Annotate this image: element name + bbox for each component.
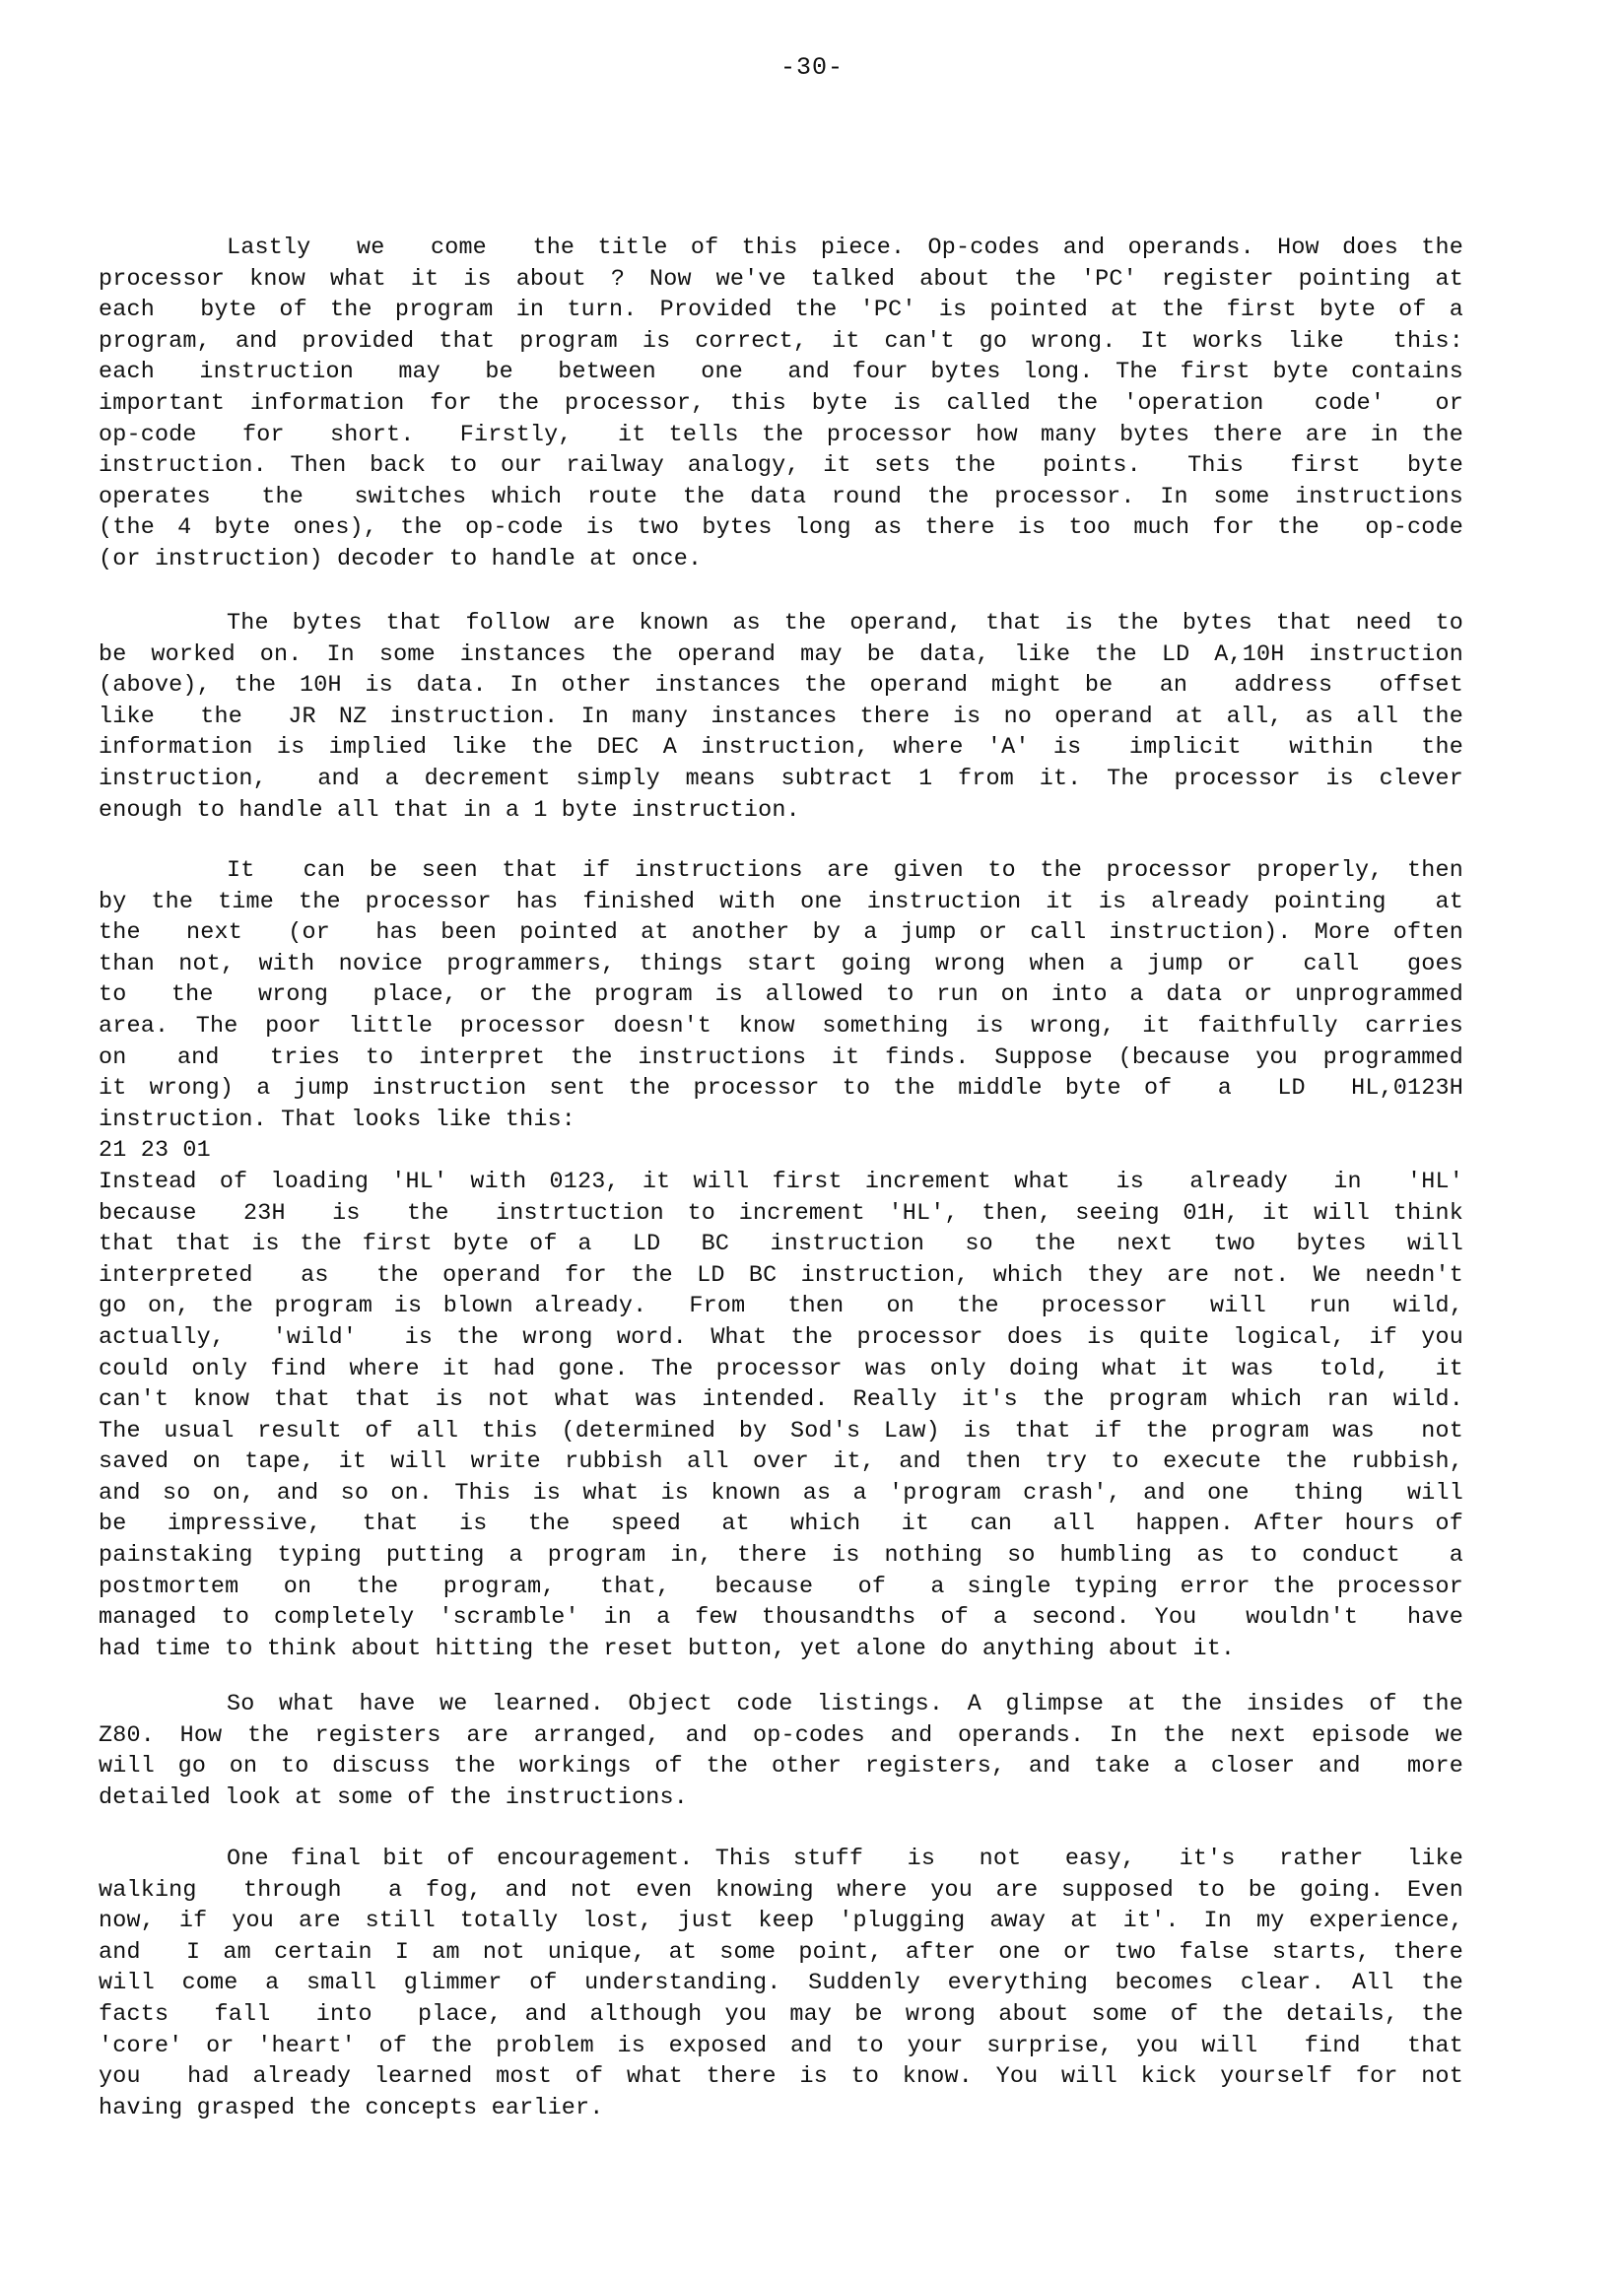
- text-line: than not, with novice programmers, thing…: [99, 950, 1463, 981]
- text-line: The usual result of all this (determined…: [99, 1417, 1463, 1448]
- text-line: the next (or has been pointed at another…: [99, 918, 1463, 950]
- text-line: like the JR NZ instruction. In many inst…: [99, 703, 1463, 734]
- page-number: -30-: [0, 53, 1624, 82]
- text-line: facts fall into place, and although you …: [99, 2000, 1463, 2032]
- text-line: had time to think about hitting the rese…: [99, 1635, 1463, 1666]
- text-line: Lastly we come the title of this piece. …: [99, 234, 1463, 265]
- hex-bytes-line: 21 23 01: [99, 1136, 1463, 1168]
- text-line: actually, 'wild' is the wrong word. What…: [99, 1323, 1463, 1355]
- text-line: instruction, and a decrement simply mean…: [99, 765, 1463, 796]
- text-line: postmortem on the program, that, because…: [99, 1573, 1463, 1604]
- text-line: One final bit of encouragement. This stu…: [99, 1845, 1463, 1876]
- text-line: painstaking typing putting a program in,…: [99, 1541, 1463, 1573]
- text-line: enough to handle all that in a 1 byte in…: [99, 796, 1463, 828]
- text-line: managed to completely 'scramble' in a fe…: [99, 1603, 1463, 1635]
- paragraph-operand: The bytes that follow are known as the o…: [99, 609, 1463, 827]
- text-line: (or instruction) decoder to handle at on…: [99, 545, 1463, 576]
- paragraph-program-crash: It can be seen that if instructions are …: [99, 856, 1463, 1665]
- text-line: because 23H is the instrtuction to incre…: [99, 1199, 1463, 1231]
- text-line: So what have we learned. Object code lis…: [99, 1690, 1463, 1721]
- text-line: It can be seen that if instructions are …: [99, 856, 1463, 888]
- text-line: (above), the 10H is data. In other insta…: [99, 671, 1463, 703]
- paragraph-opcodes-intro: Lastly we come the title of this piece. …: [99, 234, 1463, 576]
- text-line: 'core' or 'heart' of the problem is expo…: [99, 2032, 1463, 2063]
- text-line: walking through a fog, and not even know…: [99, 1876, 1463, 1908]
- text-line: instruction. That looks like this:: [99, 1106, 1463, 1137]
- text-line: will go on to discuss the workings of th…: [99, 1752, 1463, 1783]
- text-line: and so on, and so on. This is what is kn…: [99, 1479, 1463, 1511]
- text-line: it wrong) a jump instruction sent the pr…: [99, 1074, 1463, 1106]
- text-line: interpreted as the operand for the LD BC…: [99, 1261, 1463, 1293]
- text-line: important information for the processor,…: [99, 389, 1463, 421]
- text-line: area. The poor little processor doesn't …: [99, 1012, 1463, 1043]
- text-line: to the wrong place, or the program is al…: [99, 980, 1463, 1012]
- paragraph-encouragement: One final bit of encouragement. This stu…: [99, 1845, 1463, 2124]
- text-line: be impressive, that is the speed at whic…: [99, 1510, 1463, 1541]
- text-line: program, and provided that program is co…: [99, 327, 1463, 359]
- text-line: can't know that that is not what was int…: [99, 1385, 1463, 1417]
- text-line: instruction. Then back to our railway an…: [99, 451, 1463, 483]
- document-page: -30- Lastly we come the title of this pi…: [0, 0, 1624, 2286]
- text-line: by the time the processor has finished w…: [99, 888, 1463, 919]
- text-line: (the 4 byte ones), the op-code is two by…: [99, 513, 1463, 545]
- text-line: saved on tape, it will write rubbish all…: [99, 1447, 1463, 1479]
- text-line: will come a small glimmer of understandi…: [99, 1969, 1463, 2000]
- text-line: on and tries to interpret the instructio…: [99, 1043, 1463, 1075]
- text-line: Instead of loading 'HL' with 0123, it wi…: [99, 1168, 1463, 1199]
- text-line: Z80. How the registers are arranged, and…: [99, 1721, 1463, 1753]
- text-line: each byte of the program in turn. Provid…: [99, 296, 1463, 327]
- text-line: each instruction may be between one and …: [99, 358, 1463, 389]
- text-line: information is implied like the DEC A in…: [99, 733, 1463, 765]
- text-line: operates the switches which route the da…: [99, 483, 1463, 514]
- text-line: and I am certain I am not unique, at som…: [99, 1938, 1463, 1970]
- text-line: go on, the program is blown already. Fro…: [99, 1292, 1463, 1323]
- text-line: now, if you are still totally lost, just…: [99, 1907, 1463, 1938]
- text-line: op-code for short. Firstly, it tells the…: [99, 421, 1463, 452]
- text-line: The bytes that follow are known as the o…: [99, 609, 1463, 640]
- text-line: detailed look at some of the instruction…: [99, 1783, 1463, 1815]
- text-line: processor know what it is about ? Now we…: [99, 265, 1463, 297]
- text-line: you had already learned most of what the…: [99, 2062, 1463, 2094]
- paragraph-summary: So what have we learned. Object code lis…: [99, 1690, 1463, 1814]
- text-line: could only find where it had gone. The p…: [99, 1355, 1463, 1386]
- text-line: that that is the first byte of a LD BC i…: [99, 1230, 1463, 1261]
- text-line: be worked on. In some instances the oper…: [99, 640, 1463, 672]
- text-line: having grasped the concepts earlier.: [99, 2094, 1463, 2125]
